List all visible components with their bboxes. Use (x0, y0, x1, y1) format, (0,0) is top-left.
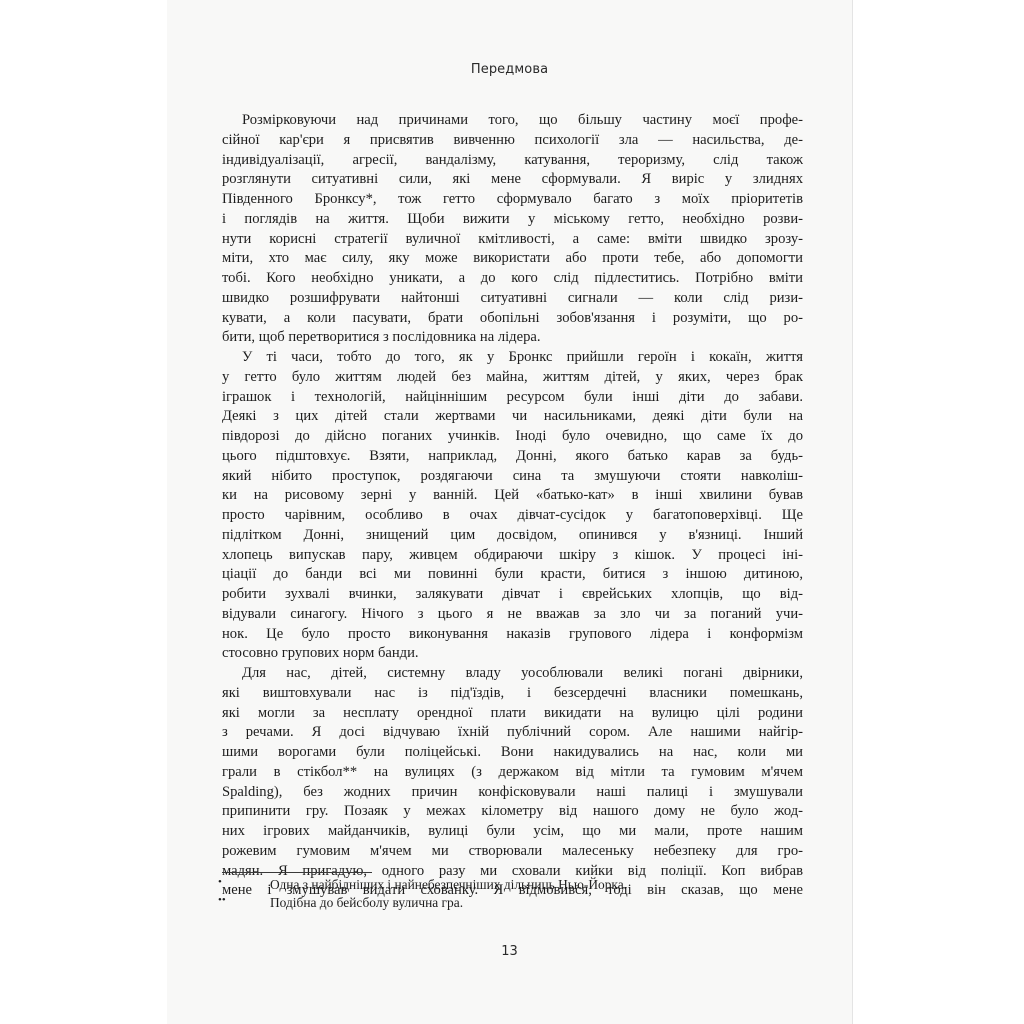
text-line: розглянути ситуативні сили, які мене сфо… (222, 170, 803, 190)
text-line: Деякі з цих дітей стали жертвами чи наси… (222, 407, 803, 427)
text-line: який нібито проступок, роздягаючи сина т… (222, 467, 803, 487)
text-line: У ті часи, тобто до того, як у Бронкс пр… (222, 348, 803, 368)
text-line: міти, хто має силу, яку може використати… (222, 249, 803, 269)
text-line: них ігрових майданчиків, вулиці були усі… (222, 822, 803, 842)
text-line: стосовно групових норм банди. (222, 644, 803, 664)
text-line: у гетто було життям людей без майна, жит… (222, 368, 803, 388)
text-line: підлітком Донні, знищений цим досвідом, … (222, 526, 803, 546)
text-line: шими ворогами були поліцейські. Вони нак… (222, 743, 803, 763)
text-line: нути корисні стратегії вуличної кмітливо… (222, 230, 803, 250)
footnote: • Одна з найбідніших і найнебезпечніших … (222, 876, 803, 894)
text-line: Південного Бронксу*, тож гетто сформувал… (222, 190, 803, 210)
text-line: Spalding), без жодних причин конфісковув… (222, 783, 803, 803)
running-head: Передмова (167, 62, 852, 77)
text-line: цього підштовхує. Взяти, наприклад, Донн… (222, 447, 803, 467)
text-line: нок. Це було просто виконування наказів … (222, 625, 803, 645)
footnote: •• Подібна до бейсболу вулична гра. (222, 894, 803, 912)
text-line: швидко розшифрувати найтонші ситуативні … (222, 289, 803, 309)
footnote-mark: •• (218, 891, 226, 909)
footnote-mark: • (218, 873, 222, 891)
text-line: просто чарівним, особливо в очах дівчат-… (222, 506, 803, 526)
body-text: Розмірковуючи над причинами того, що біл… (222, 111, 803, 901)
text-line: які могли за несплату орендної плати вик… (222, 704, 803, 724)
text-line: ціації до банди всі ми повинні були крас… (222, 565, 803, 585)
page-number: 13 (167, 944, 852, 959)
text-line: припинити гру. Позаяк у межах кілометру … (222, 802, 803, 822)
text-line: Розмірковуючи над причинами того, що біл… (222, 111, 803, 131)
text-line: робити зухвалі вчинки, залякувати дівчат… (222, 585, 803, 605)
text-line: сійної кар'єри я присвятив вивченню псих… (222, 131, 803, 151)
text-line: ки на рисовому зерні у ванній. Цей «бать… (222, 486, 803, 506)
book-page: Передмова Розмірковуючи над причинами то… (167, 0, 852, 1024)
text-line: Для нас, дітей, системну владу уособлюва… (222, 664, 803, 684)
text-line: хлопець випускав пару, живцем обдираючи … (222, 546, 803, 566)
text-line: бити, щоб перетворитися з послідовника н… (222, 328, 803, 348)
footnote-divider (222, 872, 372, 873)
text-line: півдорозі до дійсно поганих учинків. Іно… (222, 427, 803, 447)
footnote-text: Подібна до бейсболу вулична гра. (270, 894, 463, 912)
text-line: і поглядів на життя. Щоби вижити у міськ… (222, 210, 803, 230)
footnote-text: Одна з найбідніших і найнебезпечніших ді… (270, 876, 627, 894)
text-line: відували синагогу. Нічого з цього я не в… (222, 605, 803, 625)
text-line: кувати, а коли пасувати, брати обопільні… (222, 309, 803, 329)
text-line: рожевим гумовим м'ячем ми створювали мал… (222, 842, 803, 862)
text-line: які виштовхували нас із під'їздів, і без… (222, 684, 803, 704)
text-line: з речами. Я досі відчуваю їхній публічни… (222, 723, 803, 743)
text-line: іграшок і технологій, найціннішим ресурс… (222, 388, 803, 408)
text-line: тобі. Кого необхідно уникати, а до кого … (222, 269, 803, 289)
text-line: індивідуалізації, агресії, вандалізму, к… (222, 151, 803, 171)
text-line: грали в стікбол** на вулицях (з держаком… (222, 763, 803, 783)
footnotes: • Одна з найбідніших і найнебезпечніших … (222, 876, 803, 912)
